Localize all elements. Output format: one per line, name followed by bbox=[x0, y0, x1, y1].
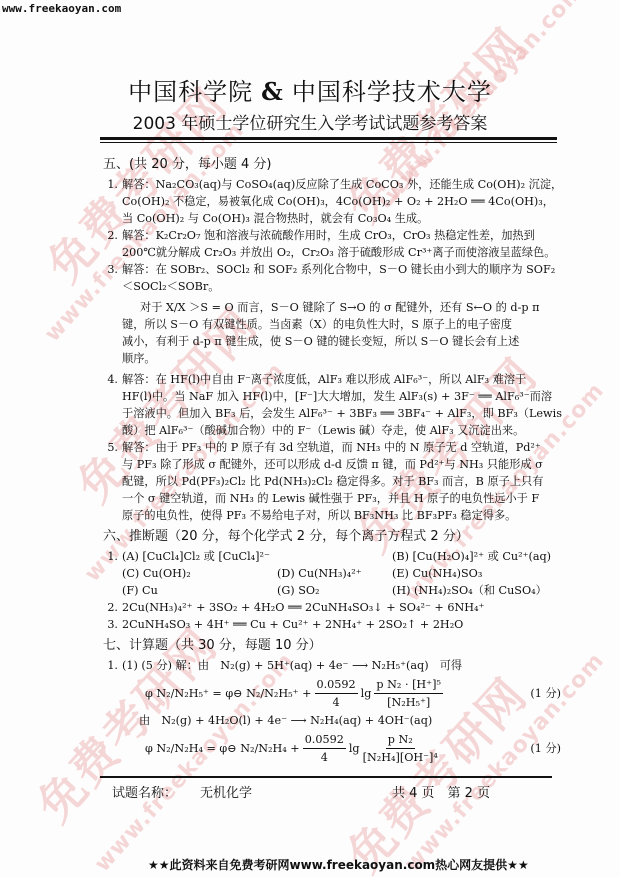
answer-line: 当 Co(OH)₂ 与 Co(OH)₃ 混合物热时，就会有 Co₃O₄ 生成。 bbox=[122, 210, 573, 227]
item-number: 1. bbox=[103, 176, 118, 227]
title-rule bbox=[100, 137, 557, 140]
footer-rule bbox=[100, 776, 552, 778]
compound-b: (B) [Cu(H₂O)₄]²⁺ 或 Cu²⁺(aq) bbox=[392, 548, 572, 565]
eq-lhs: φ N₂/N₂H₅⁺ = φ⊖ N₂/N₂H₅⁺ + bbox=[145, 685, 312, 702]
lg: lg bbox=[361, 685, 372, 702]
answer-line: Co(OH)₂ 不稳定，易被氧化成 Co(OH)₃，4Co(OH)₂ + O₂ … bbox=[122, 193, 573, 210]
compound-h: (H) (NH₄)₂SO₄（和 CuSO₄） bbox=[392, 582, 572, 599]
answer-item: 5. 解答：由于 PF₃ 中的 P 原子有 3d 空轨道，而 NH₃ 中的 N … bbox=[103, 439, 573, 524]
log-num: p N₂ · [H⁺]⁵ bbox=[374, 676, 443, 694]
answer-line: 原子的电负性，使得 PF₃ 不易给电子对，所以 BF₃NH₃ 比 BF₃PF₃ … bbox=[122, 507, 573, 524]
eq-lhs: φ N₂/N₂H₄ = φ⊖ N₂/N₂H₄ + bbox=[145, 740, 300, 757]
log-den: [N₂H₅⁺] bbox=[387, 694, 430, 711]
answer-item: 3. 解答：在 SOBr₂、SOCl₂ 和 SOF₂ 系列化合物中，S－O 键长… bbox=[103, 261, 573, 367]
coef-den: 4 bbox=[333, 694, 340, 711]
score: (1 分) bbox=[530, 685, 561, 702]
coef-num: 0.0592 bbox=[303, 731, 346, 749]
title-rule-thin bbox=[100, 142, 557, 143]
compound-grid: (A) [CuCl₄]Cl₂ 或 [CuCl₄]²⁻ (B) [Cu(H₂O)₄… bbox=[122, 548, 573, 599]
answer-item: 2. 解答：K₂Cr₂O₇ 饱和溶液与浓硫酸作用时，生成 CrO₃，CrO₃ 热… bbox=[103, 227, 573, 261]
footer-subject: 无机化学 bbox=[200, 782, 252, 801]
page-title: 中国科学院&中国科学技术大学 bbox=[0, 72, 620, 107]
compound-e: (E) Cu(NH₄)SO₃ bbox=[392, 565, 572, 582]
coef-fraction: 0.0592 4 bbox=[315, 676, 358, 711]
coef-num: 0.0592 bbox=[315, 676, 358, 694]
compound-g: (G) SO₂ bbox=[277, 582, 392, 599]
compound-d: (D) Cu(NH₃)₄²⁺ bbox=[277, 565, 392, 582]
compound-f: (F) Cu bbox=[122, 582, 277, 599]
answer-item: 3. 2CuNH₄SO₃ + 4H⁺ ══ Cu + Cu²⁺ + 2NH₄⁺ … bbox=[103, 616, 573, 633]
item-number: 2. bbox=[103, 599, 118, 616]
log-num: p N₂ bbox=[386, 731, 415, 749]
bottom-banner: ★★此资料来自免费考研网www.freekaoyan.com热心网友提供★★ bbox=[148, 856, 529, 873]
score: (1 分) bbox=[530, 740, 561, 757]
answer-line: 解答：K₂Cr₂O₇ 饱和溶液与浓硫酸作用时，生成 CrO₃，CrO₃ 热稳定性… bbox=[122, 227, 573, 244]
answer-line: HF(l)中。当 NaF 加入 HF(l)中，[F⁻]大大增加，发生 AlF₃(… bbox=[122, 388, 573, 405]
footer-pages: 共 4 页 第 2 页 bbox=[392, 782, 490, 801]
item-number: 3. bbox=[103, 261, 118, 367]
section-five-heading: 五、(共 20 分，每小题 4 分) bbox=[103, 156, 573, 173]
nernst-equation-2: φ N₂/N₂H₄ = φ⊖ N₂/N₂H₄ + 0.0592 4 lg p N… bbox=[103, 729, 573, 767]
item-number: 2. bbox=[103, 227, 118, 261]
answer-line: 解答：由于 PF₃ 中的 P 原子有 3d 空轨道，而 NH₃ 中的 N 原子无… bbox=[122, 439, 573, 456]
coef-den: 4 bbox=[321, 749, 328, 766]
answer-item: 1. 解答：Na₂CO₃(aq)与 CoSO₄(aq)反应除了生成 CoCO₃ … bbox=[103, 176, 573, 227]
item-number: 5. bbox=[103, 439, 118, 524]
answer-line: 200℃就分解成 Cr₂O₃ 并放出 O₂，Cr₂O₃ 溶于硫酸形成 Cr³⁺离… bbox=[122, 244, 573, 261]
section-seven-heading: 七、计算题（共 30 分，每题 10 分） bbox=[103, 637, 573, 654]
answer-line: 于溶液中。但加入 BF₃ 后，会发生 AlF₆³⁻ + 3BF₃ ══ 3BF₄… bbox=[122, 405, 573, 422]
answer-item: 2. 2Cu(NH₃)₄²⁺ + 3SO₂ + 4H₂O ══ 2CuNH₄SO… bbox=[103, 599, 573, 616]
lg: lg bbox=[349, 740, 360, 757]
answer-line: 解答：Na₂CO₃(aq)与 CoSO₄(aq)反应除了生成 CoCO₃ 外，还… bbox=[122, 176, 573, 193]
title-amp: & bbox=[261, 77, 284, 106]
answer-line: 对于 X/X ＞S = O 而言，S－O 键除了 S→O 的 σ 配键外，还有 … bbox=[122, 299, 573, 316]
answer-line: 顺序。 bbox=[122, 350, 573, 367]
reaction-line: 由 N₂(g) + 4H₂O(l) + 4e⁻ ⟶ N₂H₄(aq) + 4OH… bbox=[103, 712, 573, 729]
compound-a: (A) [CuCl₄]Cl₂ 或 [CuCl₄]²⁻ bbox=[122, 548, 392, 565]
answer-item: 4. 解答：在 HF(l)中自由 F⁻离子浓度低，AlF₃ 难以形成 AlF₆³… bbox=[103, 371, 573, 439]
answer-line: 酸）把 AlF₆³⁻（酸碱加合物）中的 F⁻（Lewis 碱）夺走，使 AlF₃… bbox=[122, 422, 573, 439]
answer-line: 减小，有利于 d-p π 键生成，使 S－O 键的键长变短，所以 S－O 键长会… bbox=[122, 333, 573, 350]
section-six-heading: 六、推断题（20 分，每个化学式 2 分，每个离子方程式 2 分） bbox=[103, 528, 573, 545]
item-number: 3. bbox=[103, 616, 118, 633]
site-url: www.freekaoyan.com bbox=[2, 2, 121, 15]
log-fraction: p N₂ [N₂H₄][OH⁻]⁴ bbox=[363, 731, 438, 766]
compound-c: (C) Cu(OH)₂ bbox=[122, 565, 277, 582]
answer-line: 键，所以 S－O 有双键性质。当卤素（X）的电负性大时，S 原子上的电子密度 bbox=[122, 316, 573, 333]
answer-line: 解答：在 SOBr₂、SOCl₂ 和 SOF₂ 系列化合物中，S－O 键长由小到… bbox=[122, 261, 573, 278]
nernst-equation-1: φ N₂/N₂H₅⁺ = φ⊖ N₂/N₂H₅⁺ + 0.0592 4 lg p… bbox=[103, 674, 573, 712]
log-den: [N₂H₄][OH⁻]⁴ bbox=[363, 749, 438, 766]
equation: 2Cu(NH₃)₄²⁺ + 3SO₂ + 4H₂O ══ 2CuNH₄SO₃↓ … bbox=[122, 599, 573, 616]
document-body: 五、(共 20 分，每小题 4 分) 1. 解答：Na₂CO₃(aq)与 CoS… bbox=[103, 152, 573, 767]
answer-item: 1. (1) (5 分) 解：由 N₂(g) + 5H⁺(aq) + 4e⁻ ⟶… bbox=[103, 657, 573, 674]
title-right: 中国科学技术大学 bbox=[292, 78, 492, 106]
answer-line: 解答：在 HF(l)中自由 F⁻离子浓度低，AlF₃ 难以形成 AlF₆³⁻，所… bbox=[122, 371, 573, 388]
item-number: 4. bbox=[103, 371, 118, 439]
footer-label: 试题名称： bbox=[112, 782, 177, 801]
item-number: 1. bbox=[103, 657, 118, 674]
log-fraction: p N₂ · [H⁺]⁵ [N₂H₅⁺] bbox=[374, 676, 443, 711]
item-number: 1. bbox=[103, 548, 118, 599]
answer-line: 一个 σ 键空轨道，而 NH₃ 的 Lewis 碱性强于 PF₃，并且 H 原子… bbox=[122, 490, 573, 507]
calc-intro: (1) (5 分) 解：由 N₂(g) + 5H⁺(aq) + 4e⁻ ⟶ N₂… bbox=[122, 657, 573, 674]
answer-line: 配键，所以 Pd(PF₃)₂Cl₂ 比 Pd(NH₃)₂Cl₂ 稳定得多。对于 … bbox=[122, 473, 573, 490]
page-subtitle: 2003 年硕士学位研究生入学考试试题参考答案 bbox=[0, 109, 620, 134]
equation: 2CuNH₄SO₃ + 4H⁺ ══ Cu + Cu²⁺ + 2NH₄⁺ + 2… bbox=[122, 616, 573, 633]
title-left: 中国科学院 bbox=[128, 78, 253, 106]
answer-line: ＜SOCl₂＜SOBr。 bbox=[122, 278, 573, 295]
answer-line: 与 PF₃ 除了形成 σ 配键外，还可以形成 d-d 反馈 π 键，而 Pd²⁺… bbox=[122, 456, 573, 473]
answer-item: 1. (A) [CuCl₄]Cl₂ 或 [CuCl₄]²⁻ (B) [Cu(H₂… bbox=[103, 548, 573, 599]
coef-fraction: 0.0592 4 bbox=[303, 731, 346, 766]
